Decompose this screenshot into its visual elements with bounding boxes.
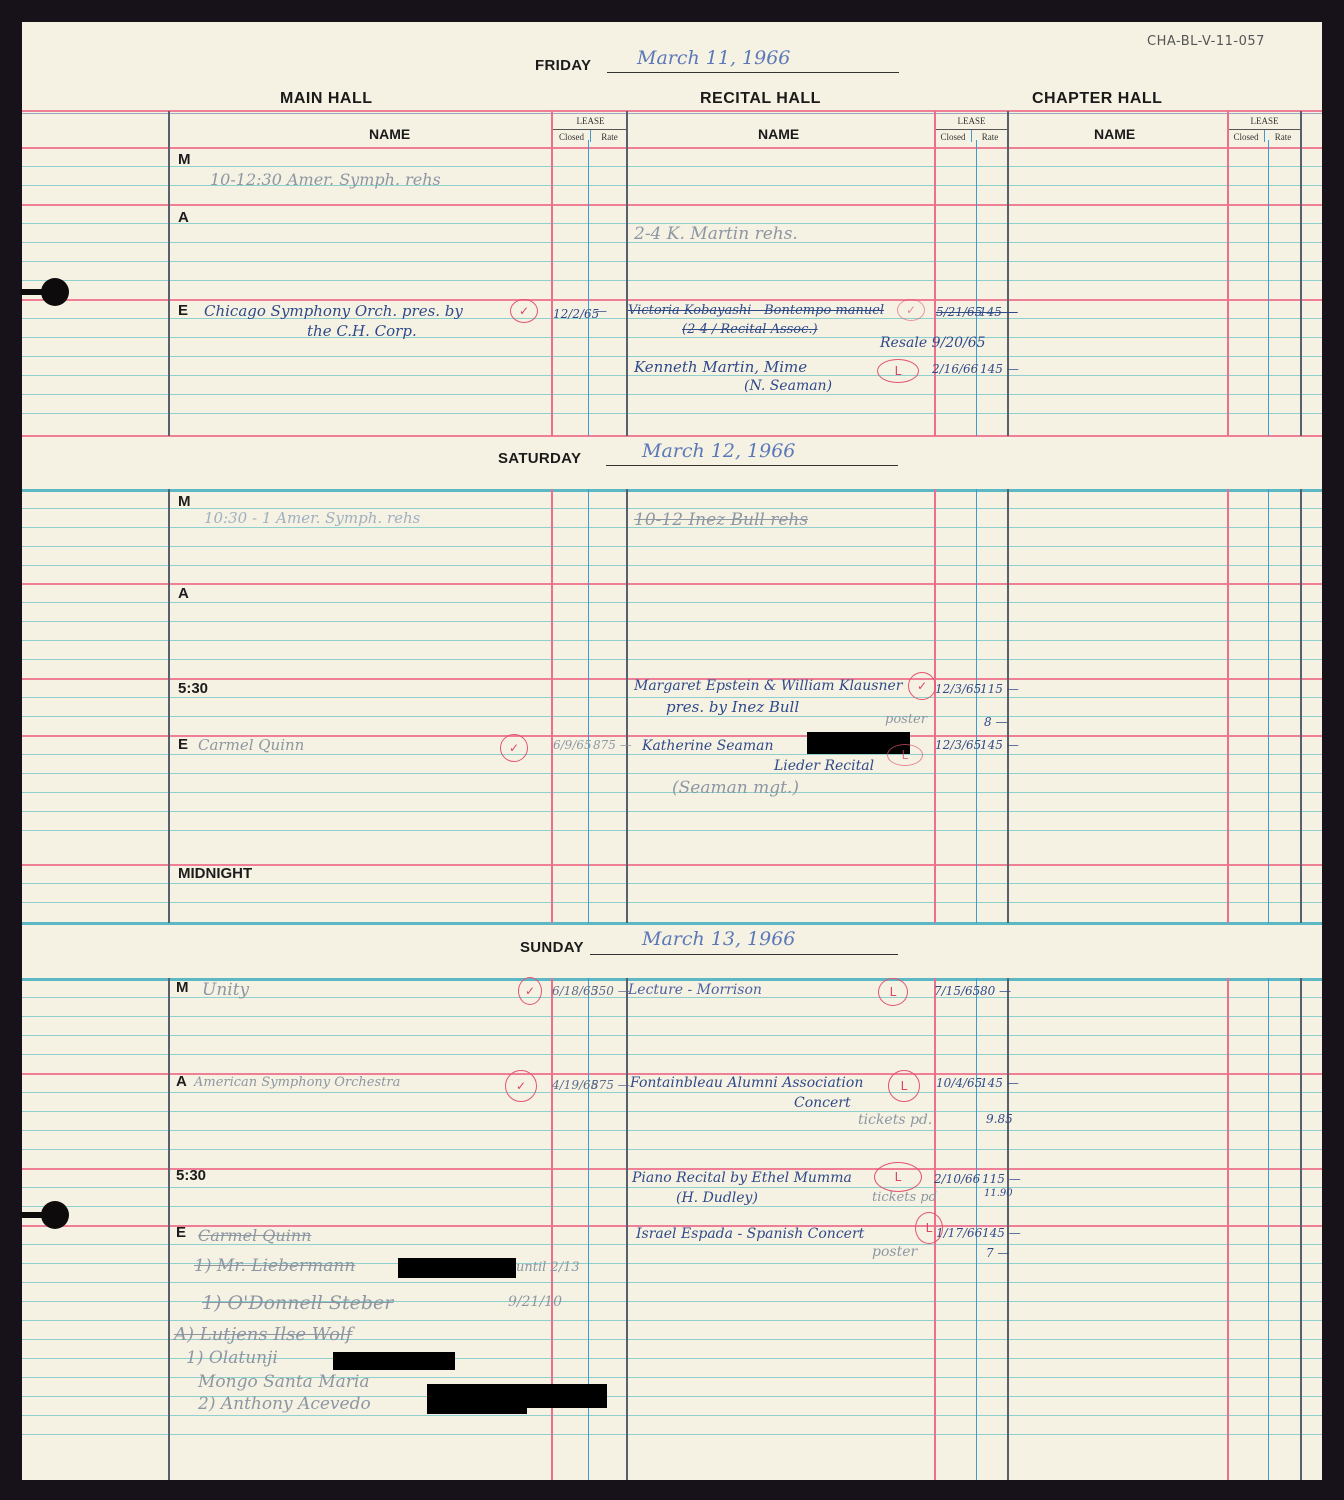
sunday-main-entry-3: 2) Anthony Acevedo	[198, 1394, 371, 1414]
col-rule	[1300, 111, 1302, 436]
slot-evening: E	[176, 1224, 186, 1241]
slot-morning: M	[178, 493, 191, 510]
rule	[22, 811, 1322, 812]
header-rule-blue	[22, 113, 1322, 114]
col-rule	[1268, 489, 1269, 923]
lease-rate: 875 —	[593, 738, 632, 752]
poster-note: poster	[885, 712, 927, 727]
friday-main-evening-entry: Chicago Symphony Orch. pres. by	[204, 302, 463, 320]
sunday-recital-530-entry: Piano Recital by Ethel Mumma	[632, 1170, 852, 1186]
sunday-main-struck-3-note: 9/21/10	[508, 1294, 562, 1310]
col-name-chapter: NAME	[1094, 126, 1135, 142]
rule	[22, 1434, 1322, 1435]
rule	[22, 640, 1322, 641]
sunday-main-struck-4: A) Lutjens Ilse Wolf	[174, 1324, 352, 1345]
redaction-box	[427, 1384, 527, 1414]
slot-morning: M	[176, 979, 189, 996]
check-mark-icon: L	[878, 978, 908, 1006]
tickets-rate: 9.85	[986, 1112, 1013, 1126]
lease-rate: 145 —	[980, 738, 1019, 752]
lease-rate: —	[595, 304, 607, 318]
rule	[22, 546, 1322, 547]
sunday-main-afternoon-entry: American Symphony Orchestra	[194, 1075, 400, 1090]
redaction-box	[333, 1352, 455, 1370]
saturday-recital-struck-note: 10-12 Inez Bull rehs	[634, 510, 808, 530]
sunday-main-entry-2: Mongo Santa Maria	[198, 1372, 369, 1392]
rule	[22, 1092, 1322, 1093]
col-rule	[626, 489, 628, 923]
lease-header-chapter: LEASE Closed Rate	[1228, 116, 1301, 142]
col-rule	[934, 489, 936, 923]
rule	[22, 356, 1322, 357]
rate-label: Rate	[972, 130, 1008, 142]
sunday-main-struck-1: Carmel Quinn	[198, 1226, 311, 1245]
closed-label: Closed	[553, 130, 591, 142]
lease-rate: 350 —	[591, 984, 630, 998]
poster-rate: 8 —	[984, 715, 1007, 729]
col-rule	[1300, 489, 1302, 923]
lease-rate: 80 —	[980, 984, 1011, 998]
rule	[22, 204, 1322, 206]
col-name-recital: NAME	[758, 126, 799, 142]
rule	[22, 1149, 1322, 1150]
rule	[22, 883, 1322, 884]
slot-evening: E	[178, 302, 188, 319]
rule	[22, 922, 1322, 925]
lease-rate: 145 —	[979, 305, 1018, 319]
lease-closed: 6/9/65	[553, 738, 592, 752]
slot-afternoon: A	[178, 209, 189, 226]
rule	[22, 1187, 1322, 1188]
tickets-note: tickets pd.	[858, 1112, 932, 1128]
sunday-main-entry-1: 1) Olatunji	[186, 1348, 278, 1368]
rule	[22, 1054, 1322, 1055]
rule	[22, 1415, 1322, 1416]
lease-closed: 10/4/65	[936, 1076, 982, 1090]
rule	[22, 1320, 1322, 1321]
col-rule	[1227, 111, 1229, 436]
lease-rate: 145 —	[980, 362, 1019, 376]
col-rule	[168, 111, 170, 436]
slot-afternoon: A	[178, 585, 189, 602]
slot-morning: M	[178, 151, 191, 168]
col-name-main: NAME	[369, 126, 410, 142]
day-label-friday: FRIDAY	[535, 57, 591, 74]
lease-closed: 12/3/65	[935, 682, 981, 696]
rule	[22, 261, 1322, 262]
lease-closed: 5/21/65	[936, 305, 982, 319]
rule	[22, 659, 1322, 660]
rule	[22, 435, 1322, 437]
col-rule	[1268, 978, 1269, 1480]
sunday-recital-530-entry-2: (H. Dudley)	[676, 1190, 758, 1206]
col-rule	[1227, 978, 1229, 1480]
check-mark-icon: ✓	[897, 299, 925, 321]
binder-hole	[20, 1212, 46, 1218]
rule	[22, 337, 1322, 338]
check-mark-icon: ✓	[505, 1070, 537, 1102]
rule	[22, 773, 1322, 774]
lease-closed: 12/2/65	[553, 307, 599, 321]
closed-label: Closed	[935, 130, 972, 142]
poster-rate: 7 —	[986, 1246, 1009, 1260]
tickets-note-2: tickets pd	[872, 1190, 937, 1205]
slot-530: 5:30	[176, 1167, 206, 1184]
col-rule	[1300, 978, 1302, 1480]
col-rule	[976, 140, 977, 436]
col-rule	[168, 978, 170, 1480]
redaction-box	[398, 1258, 516, 1278]
header-rule	[22, 110, 1322, 112]
lease-rate: 145 —	[982, 1226, 1021, 1240]
rate-label: Rate	[1265, 130, 1301, 142]
header-bottom-rule	[22, 147, 1322, 149]
lease-label: LEASE	[1228, 116, 1301, 126]
saturday-recital-530-entry: Margaret Epstein & William Klausner	[634, 678, 902, 694]
lease-header-recital: LEASE Closed Rate	[935, 116, 1008, 142]
rule	[22, 489, 1322, 492]
col-rule	[168, 489, 170, 923]
check-mark-icon: L	[877, 359, 919, 383]
slot-530: 5:30	[178, 680, 208, 697]
rule	[22, 413, 1322, 414]
check-mark-icon: ✓	[908, 672, 936, 700]
rule	[22, 565, 1322, 566]
lease-closed: 2/10/66	[934, 1172, 980, 1186]
col-rule	[976, 489, 977, 923]
hall-title-chapter: CHAPTER HALL	[1032, 90, 1162, 108]
lease-closed: 2/16/66	[932, 362, 978, 376]
check-mark-icon: ✓	[510, 299, 538, 323]
friday-recital-afternoon-note: 2-4 K. Martin rehs.	[634, 224, 798, 244]
rate-label: Rate	[591, 130, 628, 142]
rule	[22, 280, 1322, 281]
lease-closed: 12/3/65	[935, 738, 981, 752]
col-rule	[551, 111, 553, 436]
rule	[22, 166, 1322, 167]
rule	[22, 621, 1322, 622]
friday-recital-struck-entry-2: (2 4 / Recital Assoc.)	[682, 322, 818, 337]
col-rule	[1268, 140, 1269, 436]
date-sunday: March 13, 1966	[642, 928, 795, 950]
col-rule	[626, 111, 628, 436]
hall-title-main: MAIN HALL	[280, 90, 372, 108]
friday-recital-struck-entry: Victoria Kobayashi - Bontempo manuel	[628, 303, 884, 318]
check-mark-icon: ✓	[518, 977, 542, 1005]
sunday-recital-morning-entry: Lecture - Morrison	[628, 982, 762, 998]
col-rule	[588, 489, 589, 923]
rule	[22, 394, 1322, 395]
saturday-recital-530-entry-2: pres. by Inez Bull	[666, 698, 799, 716]
rule	[22, 1130, 1322, 1131]
rule	[22, 1206, 1322, 1207]
lease-rate: 115 —	[980, 682, 1019, 696]
check-mark-icon: L	[874, 1162, 922, 1192]
rule	[22, 299, 1322, 301]
day-label-sunday: SUNDAY	[520, 939, 584, 956]
rule	[22, 1282, 1322, 1283]
check-mark-icon: L	[887, 744, 923, 766]
check-mark-icon: ✓	[500, 734, 528, 762]
lease-label: LEASE	[935, 116, 1008, 126]
sunday-recital-evening-entry: Israel Espada - Spanish Concert	[636, 1226, 864, 1242]
tickets-rate-2: 11.90	[984, 1188, 1013, 1199]
lease-rate: 875 —	[591, 1078, 630, 1092]
lease-rate: 115 —	[982, 1172, 1021, 1186]
sunday-recital-afternoon-entry-2: Concert	[794, 1095, 851, 1111]
lease-rate: 145 —	[980, 1076, 1019, 1090]
check-mark-icon: L	[888, 1070, 920, 1102]
lease-closed: 7/15/65	[934, 984, 980, 998]
sunday-main-morning-entry: Unity	[202, 980, 249, 1000]
col-rule	[1007, 489, 1009, 923]
rule	[22, 902, 1322, 903]
date-underline	[606, 465, 898, 466]
col-rule	[551, 489, 553, 923]
slot-midnight: MIDNIGHT	[178, 865, 252, 882]
rule	[22, 602, 1322, 603]
date-underline	[607, 72, 899, 73]
col-rule	[588, 140, 589, 436]
saturday-recital-evening-entry-3: (Seaman mgt.)	[672, 778, 799, 798]
col-rule	[934, 111, 936, 436]
date-underline	[590, 954, 898, 955]
slot-afternoon: A	[176, 1073, 187, 1090]
lease-label: LEASE	[553, 116, 628, 126]
sunday-main-struck-2-note: until 2/13	[516, 1260, 580, 1275]
col-rule	[1007, 111, 1009, 436]
saturday-recital-evening-entry: Katherine Seaman	[642, 738, 774, 754]
saturday-main-morning-note: 10:30 - 1 Amer. Symph. rehs	[204, 509, 420, 527]
day-label-saturday: SATURDAY	[498, 450, 581, 467]
friday-main-evening-entry-2: the C.H. Corp.	[307, 322, 417, 340]
rule	[22, 1111, 1322, 1112]
col-rule	[1227, 489, 1229, 923]
sunday-recital-afternoon-entry: Fontainbleau Alumni Association	[630, 1075, 863, 1091]
resale-note: Resale 9/20/65	[880, 335, 986, 351]
reference-code: CHA-BL-V-11-057	[1147, 34, 1265, 49]
date-friday: March 11, 1966	[637, 47, 790, 69]
binder-hole	[20, 289, 46, 295]
closed-label: Closed	[1228, 130, 1265, 142]
lease-header-main: LEASE Closed Rate	[553, 116, 628, 142]
redaction-box	[527, 1384, 607, 1408]
lease-closed: 1/17/66	[936, 1226, 982, 1240]
rule	[22, 1016, 1322, 1017]
friday-main-morning-note: 10-12:30 Amer. Symph. rehs	[210, 170, 441, 189]
saturday-main-evening-entry: Carmel Quinn	[198, 736, 304, 754]
friday-recital-evening-entry: Kenneth Martin, Mime	[634, 358, 807, 376]
hall-title-recital: RECITAL HALL	[700, 90, 821, 108]
slot-evening: E	[178, 736, 188, 753]
sunday-recital-evening-poster: poster	[872, 1244, 917, 1260]
rule	[22, 754, 1322, 755]
rule	[22, 830, 1322, 831]
saturday-recital-evening-entry-2: Lieder Recital	[774, 758, 874, 774]
ledger-page: CHA-BL-V-11-057 FRIDAY March 11, 1966 MA…	[22, 22, 1322, 1480]
friday-recital-evening-entry-2: (N. Seaman)	[744, 378, 832, 394]
rule	[22, 1035, 1322, 1036]
col-rule	[626, 978, 628, 1480]
date-saturday: March 12, 1966	[642, 440, 795, 462]
sunday-main-struck-2: 1) Mr. Liebermann	[194, 1256, 355, 1276]
sunday-main-struck-3: 1) O'Donnell Steber	[202, 1292, 393, 1314]
rule	[22, 716, 1322, 717]
rule	[22, 583, 1322, 585]
